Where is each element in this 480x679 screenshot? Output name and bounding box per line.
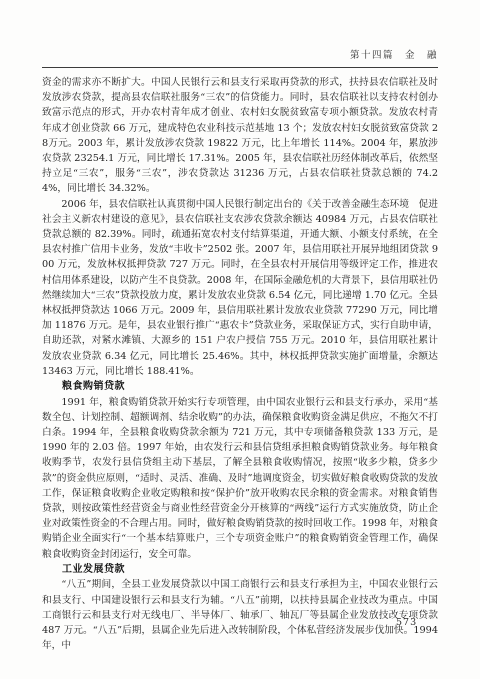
paragraph-agriculture-loans-2006-2010: 2006 年，县农信联社认真贯彻中国人民银行制定出台的《关于改善金融生态环境 促…	[42, 197, 438, 379]
chapter-title: 第十四篇 金 融	[350, 50, 438, 61]
book-page: 第十四篇 金 融 资金的需求亦不断扩大。中国人民银行云和县支行采取再贷款的形式，…	[0, 0, 480, 679]
paragraph-industrial-development-loans: “八五”期间，全县工业发展贷款以中国工商银行云和县支行承担为主，中国农业银行云和…	[42, 577, 438, 653]
paragraph-grain-purchase-loans: 1991 年，粮食购销贷款开始实行专项管理，由中国农业银行云和县支行承办，采用“…	[42, 395, 438, 562]
page-body: 资金的需求亦不断扩大。中国人民银行云和县支行采取再贷款的形式，扶持县农信联社及时…	[42, 75, 438, 654]
section-heading-industrial-development-loans: 工业发展贷款	[42, 562, 438, 578]
running-header: 第十四篇 金 融	[42, 50, 438, 68]
section-heading-grain-purchase-loans: 粮食购销贷款	[42, 379, 438, 395]
page-number: 573	[396, 617, 417, 629]
paragraph-agriculture-loans-continued: 资金的需求亦不断扩大。中国人民银行云和县支行采取再贷款的形式，扶持县农信联社及时…	[42, 75, 438, 197]
